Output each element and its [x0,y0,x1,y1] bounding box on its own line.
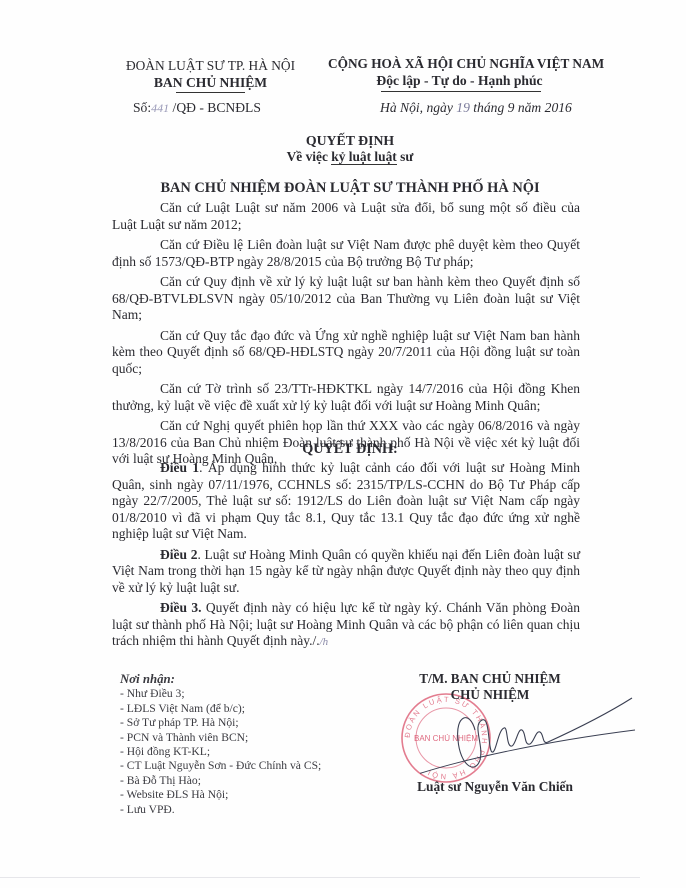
legal-basis: Căn cứ Luật Luật sư năm 2006 và Luật sửa… [112,200,580,233]
issuing-organization: ĐOÀN LUẬT SƯ TP. HÀ NỘI BAN CHỦ NHIỆM [108,57,313,91]
page-edge [0,877,640,878]
recipient-item: - Bà Đỗ Thị Hào; [120,774,321,788]
issuing-authority: BAN CHỦ NHIỆM ĐOÀN LUẬT SƯ THÀNH PHỐ HÀ … [100,180,600,197]
signer-name: Luật sư Nguyễn Văn Chiến [405,779,585,795]
place-and-date: Hà Nội, ngày 19 tháng 9 năm 2016 [380,100,572,116]
legal-basis: Căn cứ Quy tắc đạo đức và Ứng xử nghề ng… [112,328,580,378]
handwritten-signature-icon [420,690,640,790]
national-heading: CỘNG HOÀ XÃ HỘI CHỦ NGHĨA VIỆT NAM Độc l… [328,55,591,89]
recipient-item: - Lưu VPĐ. [120,803,321,817]
article-1: Điều 1. Áp dụng hình thức kỷ luật cảnh c… [112,460,580,543]
legal-bases: Căn cứ Luật Luật sư năm 2006 và Luật sửa… [112,200,580,472]
recipient-item: - Như Điều 3; [120,687,321,701]
recipient-item: - Sở Tư pháp TP. Hà Nội; [120,716,321,730]
recipient-item: - Website ĐLS Hà Nội; [120,788,321,802]
document-number: Số:441 /QĐ - BCNĐLS [133,100,261,116]
header-divider-left [176,92,245,93]
signature-on-behalf: T/M. BAN CHỦ NHIỆM [390,671,590,687]
handwritten-mark: /h [320,636,329,648]
handwritten-day: 19 [456,100,470,115]
document-title: QUYẾT ĐỊNH [100,133,600,149]
legal-basis: Căn cứ Quy định về xử lý kỷ luật luật sư… [112,274,580,324]
recipient-item: - CT Luật Nguyễn Sơn - Đức Chính và CS; [120,759,321,773]
recipient-item: - LĐLS Việt Nam (để b/c); [120,702,321,716]
decision-heading: QUYẾT ĐỊNH: [100,441,600,458]
header-divider-right [381,91,541,92]
document-page: ĐOÀN LUẬT SƯ TP. HÀ NỘI BAN CHỦ NHIỆM Số… [0,0,686,888]
handwritten-number: 441 [151,101,169,115]
recipients-list: Nơi nhận: - Như Điều 3; - LĐLS Việt Nam … [120,672,321,817]
national-motto: Độc lập - Tự do - Hạnh phúc [328,72,591,89]
legal-basis: Căn cứ Điều lệ Liên đoàn luật sư Việt Na… [112,237,580,270]
recipients-title: Nơi nhận: [120,672,321,686]
recipient-item: - Hội đồng KT-KL; [120,745,321,759]
legal-basis: Căn cứ Tờ trình số 23/TTr-HĐKTKL ngày 14… [112,381,580,414]
articles: Điều 1. Áp dụng hình thức kỷ luật cảnh c… [112,460,580,655]
article-3: Điều 3. Quyết định này có hiệu lực kể từ… [112,600,580,651]
nation-name: CỘNG HOÀ XÃ HỘI CHỦ NGHĨA VIỆT NAM [328,55,591,72]
document-subject: Về việc kỷ luật luật sư [100,149,600,165]
org-name: ĐOÀN LUẬT SƯ TP. HÀ NỘI [108,57,313,74]
recipient-item: - PCN và Thành viên BCN; [120,731,321,745]
department-name: BAN CHỦ NHIỆM [108,74,313,91]
article-2: Điều 2. Luật sư Hoàng Minh Quân có quyền… [112,547,580,597]
